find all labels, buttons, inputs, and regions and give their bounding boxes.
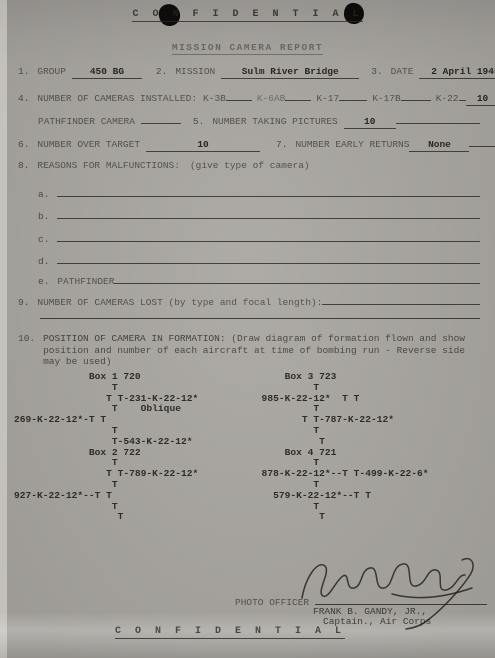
mission-value: Sulm River Bridge — [221, 66, 359, 79]
taking-pictures-label: NUMBER TAKING PICTURES — [212, 116, 337, 127]
form-row-pathfinder-pictures: PATHFINDER CAMERA 5. NUMBER TAKING PICTU… — [18, 113, 480, 129]
cameras-lost-blank — [322, 294, 480, 305]
form-row-position-formation: 10. POSITION OF CAMERA IN FORMATION: (Dr… — [18, 333, 480, 368]
over-target-label: NUMBER OVER TARGET — [37, 139, 140, 150]
malfunctions-note: (give type of camera) — [190, 160, 310, 171]
camera-k22-value: 10 — [466, 93, 495, 106]
camera-k22-gap — [459, 90, 466, 101]
sub-item-d-letter: d. — [38, 256, 49, 267]
sub-item-a-letter: a. — [38, 189, 49, 200]
camera-type-k22: K-22 — [436, 93, 459, 104]
camera-k3b-blank — [226, 90, 252, 101]
formation-diagram: Box 1 720 Box 3 723 T T T T-231-K-22-12*… — [14, 372, 429, 523]
early-returns-value: None — [409, 139, 469, 152]
camera-k17b-blank — [401, 90, 431, 101]
malfunction-row-a: a. — [18, 186, 480, 200]
malfunctions-label: REASONS FOR MALFUNCTIONS: — [37, 160, 180, 171]
scanned-document: C O N F I D E N T I A L MISSION CAMERA R… — [0, 0, 495, 658]
classification-stamp-bottom: C O N F I D E N T I A L — [0, 626, 460, 637]
malfunction-row-d: d. — [18, 253, 480, 267]
classification-text: C O N F I D E N T I A L — [132, 9, 362, 22]
item5-number: 5. — [193, 116, 204, 127]
item6-number: 6. — [18, 139, 29, 150]
classification-text-bottom: C O N F I D E N T I A L — [115, 626, 345, 639]
classification-stamp-top: C O N F I D E N T I A L — [0, 9, 495, 20]
pathfinder-camera-label: PATHFINDER CAMERA — [38, 116, 135, 127]
form-row-cameras-installed: 4. NUMBER OF CAMERAS INSTALLED: K-3B K-6… — [18, 90, 480, 106]
camera-type-k3b: K-3B — [203, 93, 226, 104]
document-title-text: MISSION CAMERA REPORT — [172, 42, 323, 55]
form-row-malfunctions: 8. REASONS FOR MALFUNCTIONS: (give type … — [18, 160, 480, 171]
item7-number: 7. — [276, 139, 287, 150]
over-target-value: 10 — [146, 139, 260, 152]
item1-number: 1. — [18, 66, 29, 77]
group-label: GROUP — [37, 66, 66, 77]
position-formation-text: POSITION OF CAMERA IN FORMATION: (Draw d… — [43, 333, 480, 368]
camera-type-k17b: K-17B — [372, 93, 401, 104]
mission-label: MISSION — [175, 66, 215, 77]
malfunction-row-c: c. — [18, 231, 480, 245]
camera-k17-blank — [339, 90, 367, 101]
sub-item-d-blank — [57, 253, 480, 264]
sub-item-e-blank — [114, 273, 480, 284]
camera-type-k17: K-17 — [316, 93, 339, 104]
item3-number: 3. — [371, 66, 382, 77]
position-formation-label: POSITION OF CAMERA IN FORMATION: — [43, 333, 225, 344]
pathfinder-camera-blank — [141, 113, 181, 124]
item8-number: 8. — [18, 160, 29, 171]
sub-item-e-pathfinder-label: PATHFINDER — [57, 276, 114, 287]
sub-item-b-letter: b. — [38, 211, 49, 222]
sub-item-c-blank — [57, 231, 480, 242]
form-row-group-mission-date: 1. GROUP 450 BG 2. MISSION Sulm River Br… — [18, 66, 480, 79]
cameras-lost-continuation-line — [40, 316, 480, 319]
sub-item-a-blank — [57, 186, 480, 197]
taking-pictures-value: 10 — [344, 116, 396, 129]
early-returns-label: NUMBER EARLY RETURNS — [295, 139, 409, 150]
malfunction-row-b: b. — [18, 208, 480, 222]
document-title: MISSION CAMERA REPORT — [0, 42, 495, 53]
date-value: 2 April 1945 — [419, 66, 495, 79]
malfunction-row-e: e. PATHFINDER — [18, 273, 480, 287]
item2-number: 2. — [156, 66, 167, 77]
camera-k6ab-blank — [285, 90, 311, 101]
group-value: 450 BG — [72, 66, 142, 79]
item10-number: 10. — [18, 333, 35, 344]
camera-type-k6ab: K-6AB — [257, 93, 286, 104]
scan-edge — [0, 0, 7, 658]
form-row-cameras-lost: 9. NUMBER OF CAMERAS LOST (by type and f… — [18, 294, 480, 308]
sub-item-b-blank — [57, 208, 480, 219]
date-label: DATE — [391, 66, 414, 77]
early-returns-trail — [469, 136, 495, 147]
sub-item-e-letter: e. — [38, 276, 49, 287]
signature-line — [315, 594, 487, 605]
cameras-lost-label: NUMBER OF CAMERAS LOST (by type and foca… — [37, 297, 322, 308]
taking-pictures-trail — [396, 113, 480, 124]
item9-number: 9. — [18, 297, 29, 308]
form-row-over-target-returns: 6. NUMBER OVER TARGET 10 7. NUMBER EARLY… — [18, 136, 480, 152]
photo-officer-label: PHOTO OFFICER — [235, 597, 309, 608]
sub-item-c-letter: c. — [38, 234, 49, 245]
item4-number: 4. — [18, 93, 29, 104]
cameras-installed-label: NUMBER OF CAMERAS INSTALLED: — [37, 93, 197, 104]
